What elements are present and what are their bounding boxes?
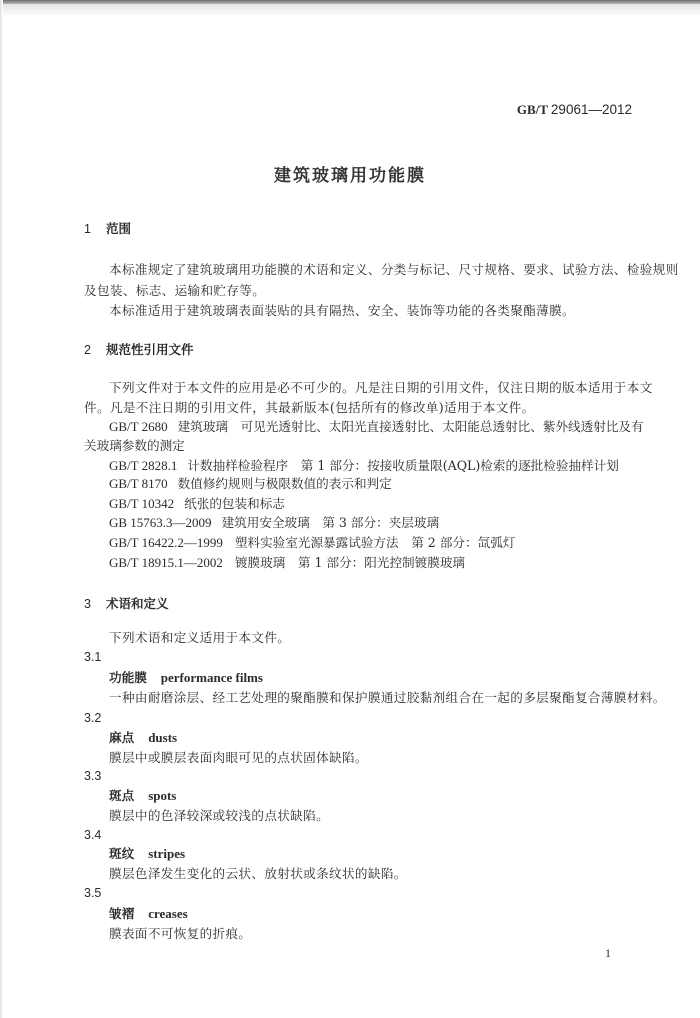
- reference-title: 建筑用安全玻璃 第 3 部分：夹层玻璃: [222, 515, 440, 530]
- document-title: 建筑玻璃用功能膜: [0, 161, 700, 186]
- term-number: 3.3: [84, 768, 101, 784]
- term-en: dusts: [148, 730, 177, 745]
- scan-top-shadow: [0, 4, 700, 15]
- paragraph-line: 下列文件对于本文件的应用是必不可少的。凡是注日期的引用文件，仅注日期的版本适用于…: [109, 380, 653, 396]
- reference-item: GB/T 10342纸张的包装和标志: [109, 496, 285, 512]
- section-heading-2: 2规范性引用文件: [84, 342, 194, 358]
- paragraph-line: 及包装、标志、运输和贮存等。: [84, 283, 265, 299]
- term-en: spots: [148, 788, 176, 803]
- term-definition: 一种由耐磨涂层、经工艺处理的聚酯膜和保护膜通过胶黏剂组合在一起的多层聚酯复合薄膜…: [109, 690, 666, 706]
- reference-code: GB/T 16422.2—1999: [109, 535, 223, 551]
- term-number: 3.2: [84, 710, 101, 726]
- reference-title: 纸张的包装和标志: [184, 496, 285, 511]
- reference-item: GB/T 16422.2—1999塑料实验室光源暴露试验方法 第 2 部分：氙弧…: [109, 535, 515, 551]
- term-definition: 膜表面不可恢复的折痕。: [109, 926, 251, 942]
- section-title: 术语和定义: [106, 596, 169, 611]
- paragraph-line: 件。凡是不注日期的引用文件，其最新版本(包括所有的修改单)适用于本文件。: [84, 400, 535, 416]
- section-heading-1: 1范围: [84, 221, 131, 237]
- term-zh: 功能膜: [109, 670, 147, 685]
- section-number: 3: [84, 596, 106, 612]
- term-zh: 斑纹: [109, 846, 134, 861]
- reference-title: 塑料实验室光源暴露试验方法 第 2 部分：氙弧灯: [235, 535, 516, 550]
- page-number: 1: [605, 946, 611, 961]
- term-entry: 麻点dusts: [109, 730, 177, 746]
- reference-title: 数值修约规则与极限数值的表示和判定: [178, 476, 392, 491]
- reference-item: GB/T 18915.1—2002镀膜玻璃 第 1 部分：阳光控制镀膜玻璃: [109, 555, 465, 571]
- standard-code-prefix: GB/T: [517, 102, 548, 117]
- standard-code-number: 29061—2012: [551, 102, 632, 117]
- term-entry: 斑纹stripes: [109, 846, 185, 862]
- term-zh: 斑点: [109, 788, 134, 803]
- section-number: 2: [84, 342, 106, 358]
- reference-title: 镀膜玻璃 第 1 部分：阳光控制镀膜玻璃: [235, 555, 465, 570]
- section-title: 范围: [106, 221, 131, 236]
- standard-code: GB/T 29061—2012: [517, 102, 632, 118]
- paragraph-line: 本标准适用于建筑玻璃表面装贴的具有隔热、安全、装饰等功能的各类聚酯薄膜。: [109, 303, 575, 319]
- section-title: 规范性引用文件: [106, 342, 194, 357]
- reference-item: GB/T 2828.1计数抽样检验程序 第 1 部分：按接收质量限(AQL)检索…: [109, 458, 619, 474]
- term-number: 3.5: [84, 885, 101, 901]
- reference-title: 建筑玻璃 可见光透射比、太阳光直接透射比、太阳能总透射比、紫外线透射比及有: [178, 419, 644, 434]
- term-number: 3.4: [84, 827, 101, 843]
- section-number: 1: [84, 221, 106, 237]
- term-entry: 功能膜performance films: [109, 670, 263, 686]
- reference-continuation: 关玻璃参数的测定: [84, 438, 185, 454]
- section-heading-3: 3术语和定义: [84, 596, 169, 612]
- term-entry: 皱褶creases: [109, 906, 188, 922]
- term-number: 3.1: [84, 649, 101, 665]
- term-definition: 膜层中或膜层表面肉眼可见的点状固体缺陷。: [109, 750, 368, 766]
- term-zh: 皱褶: [109, 906, 134, 921]
- paragraph-line: 下列术语和定义适用于本文件。: [109, 630, 290, 646]
- reference-code: GB/T 8170: [109, 476, 168, 492]
- reference-code: GB/T 2680: [109, 419, 168, 435]
- reference-code: GB 15763.3—2009: [109, 515, 212, 531]
- reference-item: GB 15763.3—2009建筑用安全玻璃 第 3 部分：夹层玻璃: [109, 515, 439, 531]
- term-entry: 斑点spots: [109, 788, 176, 804]
- term-definition: 膜层中的色泽较深或较浅的点状缺陷。: [109, 808, 329, 824]
- reference-code: GB/T 2828.1: [109, 458, 177, 474]
- reference-title: 计数抽样检验程序 第 1 部分：按接收质量限(AQL)检索的逐批检验抽样计划: [187, 458, 618, 473]
- term-definition: 膜层色泽发生变化的云状、放射状或条纹状的缺陷。: [109, 866, 407, 882]
- reference-item: GB/T 2680建筑玻璃 可见光透射比、太阳光直接透射比、太阳能总透射比、紫外…: [109, 419, 644, 435]
- scan-left-edge: [0, 0, 3, 1018]
- term-en: performance films: [161, 670, 263, 685]
- reference-code: GB/T 10342: [109, 496, 174, 512]
- reference-code: GB/T 18915.1—2002: [109, 555, 223, 571]
- reference-item: GB/T 8170数值修约规则与极限数值的表示和判定: [109, 476, 392, 492]
- term-en: creases: [148, 906, 187, 921]
- term-zh: 麻点: [109, 730, 134, 745]
- term-en: stripes: [148, 846, 185, 861]
- paragraph-line: 本标准规定了建筑玻璃用功能膜的术语和定义、分类与标记、尺寸规格、要求、试验方法、…: [109, 262, 679, 278]
